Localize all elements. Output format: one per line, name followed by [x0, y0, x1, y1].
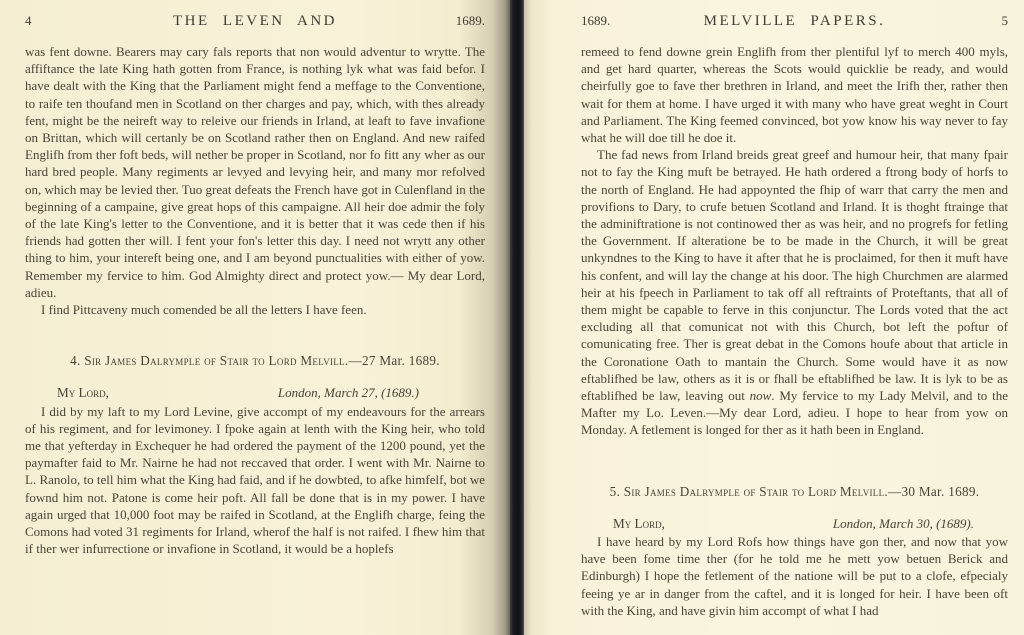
right-page-year: 1689. — [581, 13, 704, 29]
letter-5-heading: 5. Sir James Dalrymple of Stair to Lord … — [581, 483, 1008, 500]
letter-4-dateline: London, March 27, (1689.) — [278, 384, 419, 401]
letter-3-continuation-paragraph: was fent downe. Bearers may cary fals re… — [25, 43, 485, 301]
right-running-title: MELVILLE PAPERS. — [704, 13, 886, 30]
pittcaveny-note-paragraph: I find Pittcaveny much comended be all t… — [25, 301, 485, 318]
letter-5-salutation-row: My Lord, London, March 30, (1689). — [581, 515, 1008, 532]
right-page-number: 5 — [885, 13, 1008, 29]
letter-5-salutation: My Lord, — [613, 515, 665, 532]
right-page-header: 1689. MELVILLE PAPERS. 5 — [581, 13, 1008, 30]
letter-4-news-paragraph: The fad news from Irland breids great gr… — [581, 146, 1008, 438]
letter-4-salutation: My Lord, — [57, 384, 109, 401]
left-running-title: THE LEVEN AND — [173, 13, 337, 30]
letter-4-heading-title: 4. Sir James Dalrymple of Stair to Lord … — [70, 353, 348, 368]
news-paragraph-text: The fad news from Irland breids great gr… — [581, 147, 1008, 403]
letter-5-dateline: London, March 30, (1689). — [833, 515, 974, 532]
letter-5-heading-date: —30 Mar. 1689. — [888, 484, 979, 499]
letter-4-continuation-paragraph: remeed to fend downe grein Englifh from … — [581, 43, 1008, 146]
left-page-number: 4 — [25, 13, 173, 29]
letter-4-body-paragraph: I did by my laft to my Lord Levine, give… — [25, 403, 485, 558]
letter-4-salutation-row: My Lord, London, March 27, (1689.) — [25, 384, 485, 401]
book-gutter — [510, 0, 524, 635]
left-page: 4 THE LEVEN AND 1689. was fent downe. Be… — [0, 0, 510, 635]
left-page-body: was fent downe. Bearers may cary fals re… — [25, 43, 485, 557]
right-page: 1689. MELVILLE PAPERS. 5 remeed to fend … — [524, 0, 1024, 635]
letter-5-body-paragraph: I have heard by my Lord Rofs how things … — [581, 533, 1008, 619]
news-paragraph-italic-word: now — [750, 388, 772, 403]
left-page-header: 4 THE LEVEN AND 1689. — [25, 13, 485, 30]
letter-4-heading-date: —27 Mar. 1689. — [348, 353, 439, 368]
book-spread: 4 THE LEVEN AND 1689. was fent downe. Be… — [0, 0, 1024, 635]
left-page-year: 1689. — [337, 13, 485, 29]
letter-5-heading-title: 5. Sir James Dalrymple of Stair to Lord … — [610, 484, 888, 499]
right-page-body: remeed to fend downe grein Englifh from … — [581, 43, 1008, 619]
letter-4-heading: 4. Sir James Dalrymple of Stair to Lord … — [25, 352, 485, 369]
